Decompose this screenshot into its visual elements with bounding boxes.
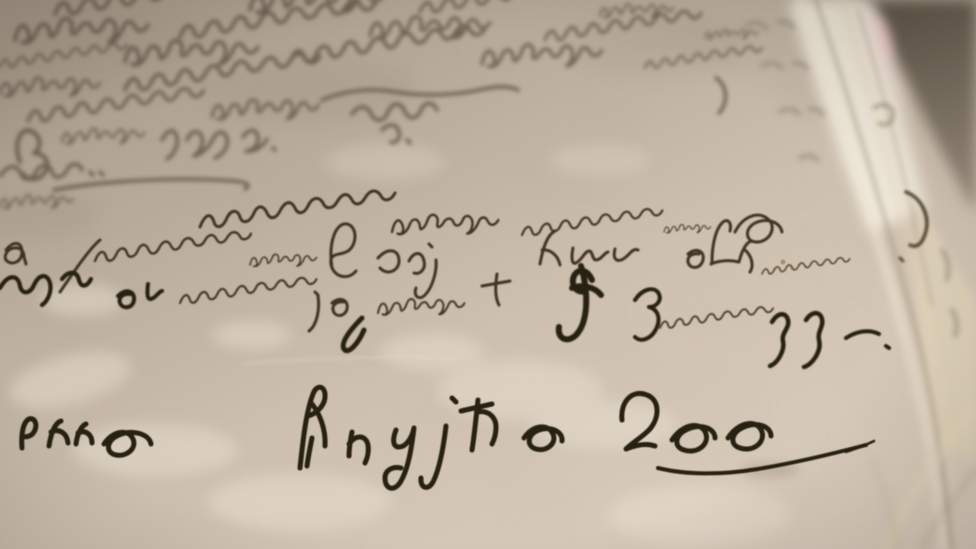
manuscript-photo: Extreme close-up of a yellowed, creased …	[0, 0, 976, 549]
photo-canvas	[0, 0, 976, 549]
vignette	[0, 0, 976, 549]
